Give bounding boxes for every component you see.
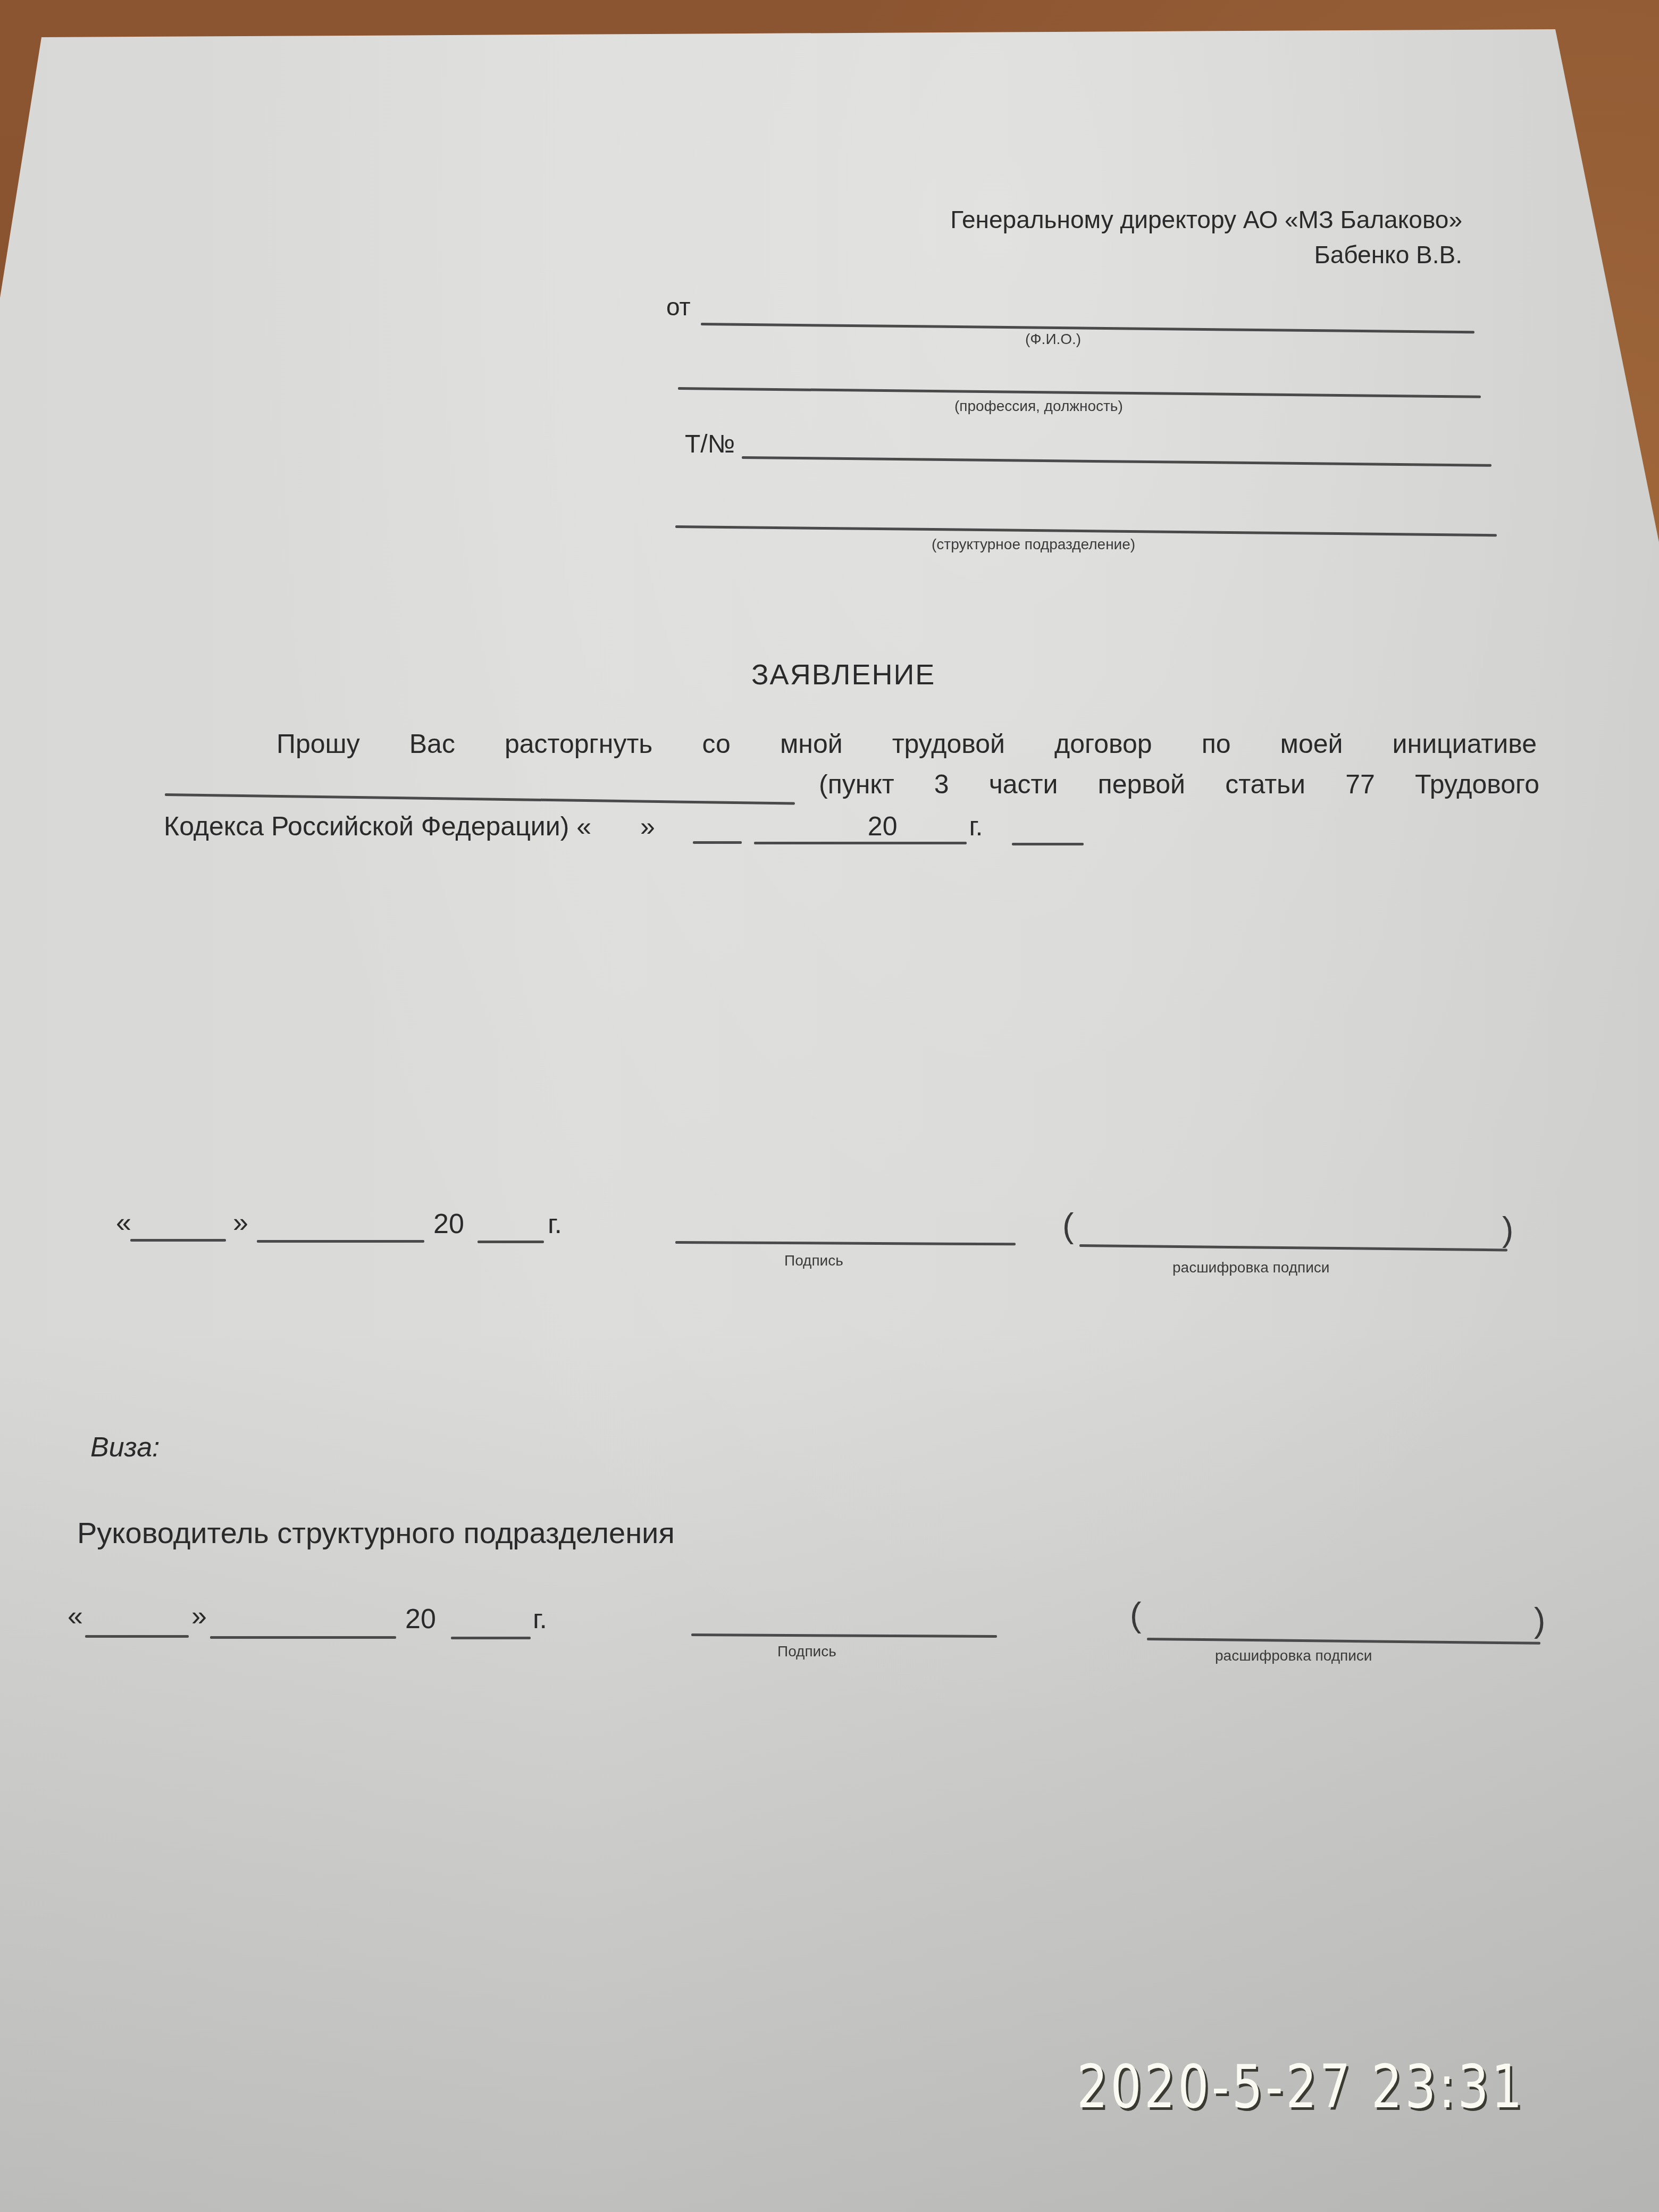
manager-date-quote-close: »: [191, 1601, 207, 1632]
manager-date-month-field[interactable]: [210, 1636, 396, 1639]
applicant-date-month-field[interactable]: [257, 1240, 424, 1243]
applicant-date-year-field[interactable]: [477, 1241, 544, 1243]
applicant-decoding-field[interactable]: [1079, 1244, 1507, 1251]
tab-number-label: Т/№: [685, 430, 735, 459]
tab-number-field[interactable]: [742, 456, 1492, 467]
addressee-block: Генеральному директору АО «МЗ Балаково» …: [950, 202, 1462, 272]
termination-day-field[interactable]: [693, 841, 742, 844]
applicant-decoding-caption: расшифровка подписи: [1172, 1259, 1329, 1276]
fio-caption: (Ф.И.О.): [1025, 331, 1081, 348]
termination-year-field[interactable]: [1012, 843, 1084, 845]
manager-date-day-field[interactable]: [85, 1635, 189, 1638]
document-title: ЗАЯВЛЕНИЕ: [751, 658, 935, 691]
applicant-date-quote-close: »: [233, 1207, 248, 1239]
manager-signature-field[interactable]: [691, 1633, 997, 1638]
applicant-date-quote-open: «: [116, 1207, 131, 1239]
manager-signature-caption: Подпись: [777, 1643, 836, 1660]
applicant-date-year-suffix: г.: [548, 1208, 562, 1240]
profession-field[interactable]: [678, 387, 1481, 398]
termination-month-field[interactable]: [754, 842, 967, 844]
applicant-date-year-prefix: 20: [433, 1208, 464, 1240]
applicant-decoding-paren-open: (: [1062, 1206, 1074, 1245]
manager-date-year-suffix: г.: [533, 1603, 547, 1635]
manager-date-year-prefix: 20: [405, 1603, 436, 1635]
applicant-signature-field[interactable]: [675, 1241, 1016, 1245]
manager-title: Руководитель структурного подразделения: [77, 1515, 675, 1550]
department-caption: (структурное подразделение): [932, 536, 1135, 553]
initiative-reason-field[interactable]: [165, 793, 795, 805]
manager-decoding-field[interactable]: [1147, 1638, 1540, 1645]
visa-label: Виза:: [90, 1431, 160, 1463]
manager-decoding-paren-close: ): [1534, 1601, 1545, 1640]
applicant-date-day-field[interactable]: [130, 1239, 226, 1242]
applicant-signature-caption: Подпись: [784, 1252, 843, 1269]
addressee-line-2: Бабенко В.В.: [950, 237, 1462, 272]
fio-field[interactable]: [701, 323, 1474, 333]
profession-caption: (профессия, должность): [954, 398, 1123, 415]
photo-timestamp: 2020-5-27 23:31: [1077, 2052, 1525, 2122]
manager-date-year-field[interactable]: [451, 1637, 531, 1639]
paper-sheet: Генеральному директору АО «МЗ Балаково» …: [0, 0, 1659, 2212]
applicant-decoding-paren-close: ): [1502, 1210, 1513, 1249]
addressee-line-1: Генеральному директору АО «МЗ Балаково»: [950, 202, 1462, 237]
from-label: от: [666, 292, 691, 321]
body-line-2: (пункт 3 части первой статьи 77 Трудовог…: [819, 769, 1539, 800]
body-line-3: Кодекса Российской Федерации) «»20г.: [164, 811, 983, 842]
body-line-1: Прошу Вас расторгнуть со мной трудовой д…: [276, 728, 1537, 759]
department-field[interactable]: [675, 525, 1497, 537]
manager-decoding-caption: расшифровка подписи: [1215, 1647, 1372, 1664]
manager-date-quote-open: «: [68, 1601, 83, 1632]
manager-decoding-paren-open: (: [1130, 1595, 1141, 1635]
